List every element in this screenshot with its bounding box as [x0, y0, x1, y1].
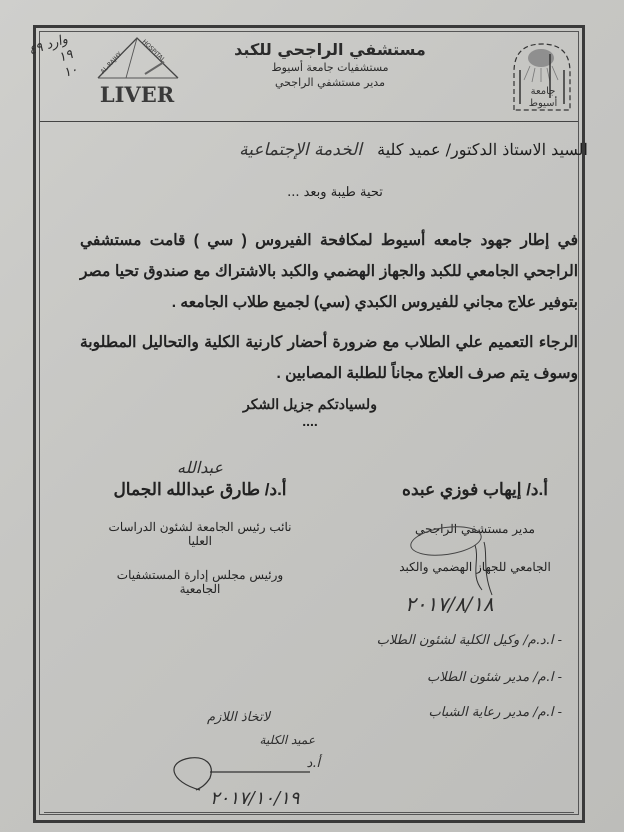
svg-text:LIVER: LIVER	[100, 82, 175, 107]
hospital-group: مستشفيات جامعة أسيوط	[220, 60, 440, 75]
addressee-line: السيد الاستاذ الدكتور/ عميد كلية الخدمة …	[140, 140, 588, 160]
svg-text:HOSPITAL: HOSPITAL	[141, 38, 167, 64]
action-note: لاتخاذ اللازم	[200, 710, 270, 725]
closing-line: ولسيادتكم جزيل الشكر ....	[240, 396, 380, 429]
distribution-text: ا.م/ مدير شئون الطلاب	[427, 670, 553, 685]
assiut-university-logo: جامعة أسيوط	[510, 40, 574, 112]
distribution-text: ا.د.م/ وكيل الكلية لشئون الطلاب	[377, 633, 554, 648]
signatory-title-2: ورئيس مجلس إدارة المستشفيات الجامعية	[100, 568, 300, 596]
body-paragraph-2: الرجاء التعميم علي الطلاب مع ضرورة أحضار…	[80, 327, 578, 389]
al-rajhy-liver-logo: AL-RAJHY HOSPITAL LIVER	[90, 36, 185, 108]
svg-text:أسيوط: أسيوط	[529, 96, 558, 109]
distribution-item-1: - ا.د.م/ وكيل الكلية لشئون الطلاب	[290, 633, 562, 648]
distribution-item-2: - ا.م/ مدير شئون الطلاب	[370, 670, 562, 685]
dean-signature-scrawl	[160, 752, 330, 792]
distribution-text: ا.م/ مدير رعاية الشباب	[428, 705, 553, 720]
distribution-item-3: - ا.م/ مدير رعاية الشباب	[280, 705, 562, 720]
signatory-title: نائب رئيس الجامعة لشئون الدراسات العليا	[100, 520, 300, 548]
addressee-handwritten: الخدمة الإجتماعية	[239, 140, 362, 160]
handwritten-date-director: ٢٠١٧/٨/١٨	[405, 592, 525, 616]
svg-text:AL-RAJHY: AL-RAJHY	[99, 51, 123, 76]
scanned-letter-page: وارد ٤٩ ١٩ ١٠ AL-RAJHY HOSPITAL LIVER مس…	[0, 0, 624, 832]
addressee-printed: السيد الاستاذ الدكتور/ عميد كلية	[377, 140, 588, 159]
office-name: مدير مستشفي الراجحي	[220, 75, 440, 90]
header-divider	[40, 121, 578, 122]
body-paragraph-1: في إطار جهود جامعه أسيوط لمكافحة الفيروس…	[80, 225, 578, 318]
svg-text:جامعة: جامعة	[531, 86, 556, 97]
signatory-name: أ.د/ إيهاب فوزي عبده	[385, 480, 565, 500]
signature-block-vice-president: عبدالله أ.د/ طارق عبدالله الجمال نائب رئ…	[100, 458, 300, 596]
greeting: تحية طيبة وبعد ...	[250, 185, 420, 200]
director-signature-scrawl	[470, 540, 500, 600]
handwritten-signature: عبدالله	[100, 458, 300, 480]
dean-label: عميد الكلية	[255, 733, 315, 747]
letterhead: مستشفي الراجحي للكبد مستشفيات جامعة أسيو…	[220, 40, 440, 90]
signatory-name: أ.د/ طارق عبدالله الجمال	[100, 480, 300, 500]
footer-divider	[44, 812, 574, 813]
handwritten-date-dean: ٢٠١٧/١٠/١٩	[210, 788, 330, 809]
hospital-name: مستشفي الراجحي للكبد	[220, 40, 440, 60]
